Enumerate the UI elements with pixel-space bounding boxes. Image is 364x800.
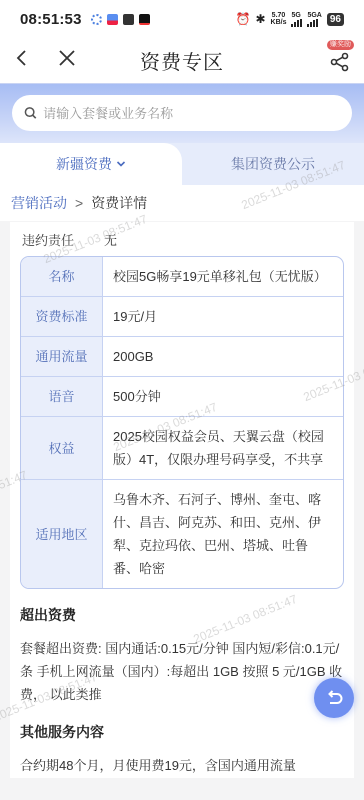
row-value: 200GB xyxy=(103,337,343,377)
row-value: 2025校园权益会员、天翼云盘（校园版）4T，仅限办理号码享受，不共享 xyxy=(103,417,343,480)
row-key: 资费标准 xyxy=(21,297,103,337)
search-icon xyxy=(24,106,37,120)
status-right: ⏰ ✱ 5.70 KB/s 5G 5GA 96 xyxy=(236,12,345,27)
table-row: 权益 2025校园权益会员、天翼云盘（校园版）4T，仅限办理号码享受，不共享 xyxy=(21,417,343,480)
search-box[interactable] xyxy=(12,95,352,131)
penalty-label: 违约责任 xyxy=(22,230,104,249)
speed-value: 5.70 xyxy=(272,12,286,19)
signal-bars-icon xyxy=(291,19,302,27)
row-key: 语音 xyxy=(21,377,103,417)
status-bar: 08:51:53 ⏰ ✱ 5.70 KB/s 5G 5GA 96 xyxy=(0,0,364,38)
search-input[interactable] xyxy=(43,106,340,121)
overage-body: 套餐超出资费: 国内通话:0.15元/分钟 国内短/彩信:0.1元/条 手机上网… xyxy=(20,637,344,706)
sim2-label: 5GA xyxy=(307,12,321,19)
row-key: 适用地区 xyxy=(21,480,103,588)
app-notification-icon xyxy=(107,14,118,25)
penalty-row: 违约责任 无 xyxy=(20,222,344,256)
table-row: 资费标准 19元/月 xyxy=(21,297,343,337)
status-time: 08:51:53 xyxy=(20,11,82,28)
chevron-left-icon xyxy=(14,48,28,68)
breadcrumb-current: 资费详情 xyxy=(91,193,147,213)
bluetooth-icon: ✱ xyxy=(255,12,265,26)
battery-indicator: 96 xyxy=(327,13,344,26)
tab-group-tariff[interactable]: 集团资费公示 xyxy=(182,143,364,185)
close-icon xyxy=(58,48,76,68)
tariff-detail-card[interactable]: 违约责任 无 名称 校园5G畅享19元单移礼包（无忧版） 资费标准 19元/月 … xyxy=(10,222,354,778)
row-value: 19元/月 xyxy=(103,297,343,337)
tab-bar: 新疆资费 集团资费公示 xyxy=(0,143,364,185)
share-icon xyxy=(330,52,350,72)
tiktok-icon xyxy=(139,14,150,25)
app-notification-icon xyxy=(123,14,134,25)
row-key: 权益 xyxy=(21,417,103,480)
breadcrumb: 营销活动 > 资费详情 xyxy=(0,185,364,221)
signal-bars-icon xyxy=(307,19,318,27)
return-icon xyxy=(324,688,344,708)
speed-unit: KB/s xyxy=(271,19,287,26)
penalty-value: 无 xyxy=(104,230,117,249)
sim1-label: 5G xyxy=(291,12,300,19)
row-value: 乌鲁木齐、石河子、博州、奎屯、喀什、昌吉、阿克苏、和田、克州、伊犁、克拉玛依、巴… xyxy=(103,480,343,588)
network-speed: 5.70 KB/s xyxy=(271,12,287,26)
signal-sim2: 5GA xyxy=(307,12,321,27)
page: 08:51:53 ⏰ ✱ 5.70 KB/s 5G 5GA 96 xyxy=(0,0,364,800)
tab-label: 集团资费公示 xyxy=(231,154,315,174)
table-row: 语音 500分钟 xyxy=(21,377,343,417)
other-services-title: 其他服务内容 xyxy=(20,722,344,742)
alarm-icon: ⏰ xyxy=(236,12,251,26)
breadcrumb-separator: > xyxy=(75,195,83,211)
nav-bar: 资费专区 赚奖励 xyxy=(0,38,364,84)
row-key: 名称 xyxy=(21,257,103,297)
page-title: 资费专区 xyxy=(0,46,364,75)
tab-label: 新疆资费 xyxy=(56,154,112,174)
row-key: 通用流量 xyxy=(21,337,103,377)
app-notification-icon xyxy=(91,14,102,25)
table-row: 通用流量 200GB xyxy=(21,337,343,377)
overage-title: 超出资费 xyxy=(20,605,344,625)
signal-sim1: 5G xyxy=(291,12,302,27)
back-button[interactable] xyxy=(14,48,34,72)
row-value: 校园5G畅享19元单移礼包（无忧版） xyxy=(103,257,343,297)
table-row: 名称 校园5G畅享19元单移礼包（无忧版） xyxy=(21,257,343,297)
floating-return-button[interactable] xyxy=(314,678,354,718)
share-button[interactable] xyxy=(330,52,350,72)
chevron-down-icon xyxy=(116,159,126,169)
tab-xinjiang-tariff[interactable]: 新疆资费 xyxy=(0,143,182,185)
row-value: 500分钟 xyxy=(103,377,343,417)
table-row: 适用地区 乌鲁木齐、石河子、博州、奎屯、喀什、昌吉、阿克苏、和田、克州、伊犁、克… xyxy=(21,480,343,588)
other-services-body: 合约期48个月，月使用费19元，含国内通用流量 xyxy=(20,754,344,777)
breadcrumb-marketing[interactable]: 营销活动 xyxy=(11,193,67,213)
status-left: 08:51:53 xyxy=(20,11,150,28)
reward-badge: 赚奖励 xyxy=(327,40,354,50)
search-header xyxy=(0,84,364,143)
close-button[interactable] xyxy=(58,48,78,72)
tariff-detail-table: 名称 校园5G畅享19元单移礼包（无忧版） 资费标准 19元/月 通用流量 20… xyxy=(20,256,344,589)
